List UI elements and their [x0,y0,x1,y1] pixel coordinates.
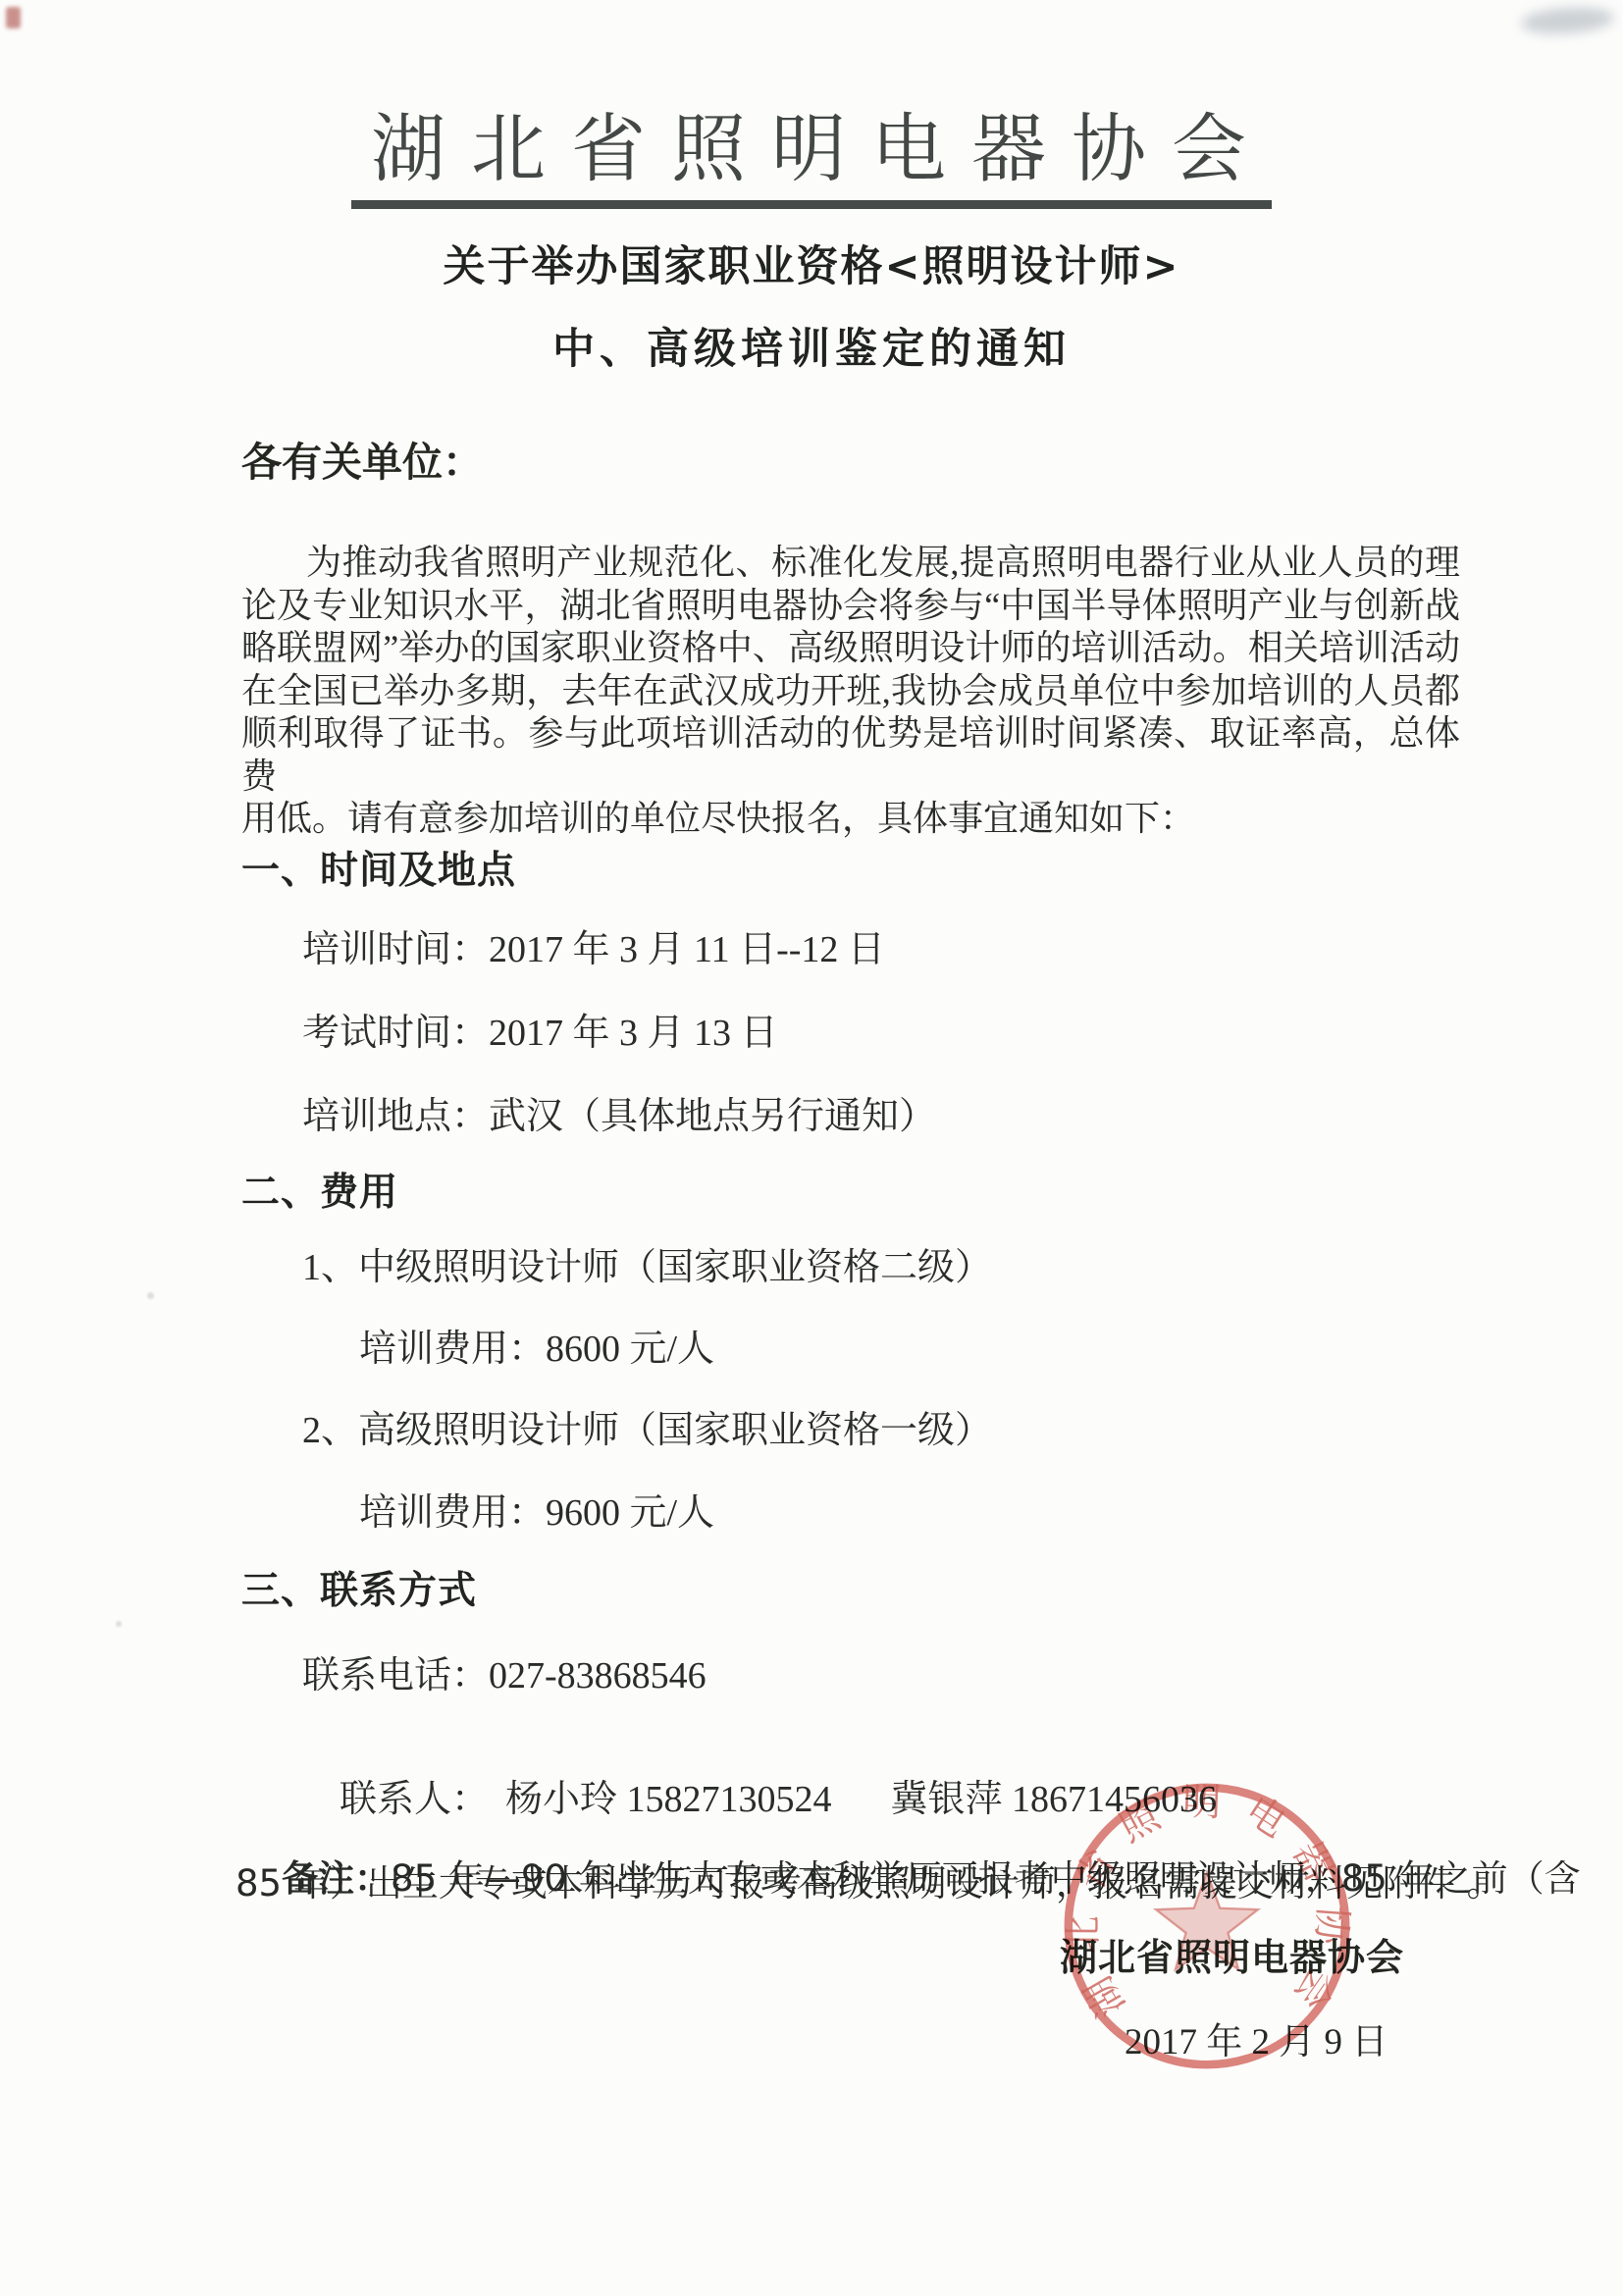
contact-phone: 联系电话：027-83868546 [302,1644,707,1698]
fee-senior: 培训费用：9600 元/人 [359,1482,714,1536]
intro-paragraph: 为推动我省照明产业规范化、标准化发展,提高照明电器行业从业人员的理 论及专业知识… [241,542,1460,841]
section3-heading: 三、联系方式 [241,1560,477,1615]
section2-heading: 二、费用 [241,1162,398,1217]
notice-subtitle-line1: 关于举办国家职业资格<照明设计师> [0,234,1623,293]
official-red-stamp: 湖北省照明电器协会 [1050,1769,1364,2083]
association-title: 湖北省照明电器协会 [351,104,1272,209]
paragraph-line: 为推动我省照明产业规范化、标准化发展,提高照明电器行业从业人员的理 [241,542,1460,585]
salutation: 各有关单位： [241,430,483,488]
fee-item-senior: 2、高级照明设计师（国家职业资格一级） [302,1399,992,1453]
notice-subtitle-line2: 中、高级培训鉴定的通知 [0,316,1623,376]
training-time: 培训时间：2017 年 3 月 11 日--12 日 [302,918,885,972]
paragraph-line: 论及专业知识水平，湖北省照明电器协会将参与“中国半导体照明产业与创新战 [241,585,1460,628]
paragraph-line: 在全国已举办多期，去年在武汉成功开班,我协会成员单位中参加培训的人员都 [241,670,1460,713]
fee-item-intermediate: 1、中级照明设计师（国家职业资格二级） [302,1236,992,1290]
paragraph-line: 略联盟网”举办的国家职业资格中、高级照明设计师的培训活动。相关培训活动 [241,627,1460,670]
stamp-star-icon [1156,1872,1258,1969]
paragraph-line: 用低。请有意参加培训的单位尽快报名，具体事宜通知如下： [241,798,1460,841]
paragraph-line: 顺利取得了证书。参与此项培训活动的优势是培训时间紧凑、取证率高，总体费 [241,712,1460,798]
exam-time: 考试时间：2017 年 3 月 13 日 [302,1002,778,1056]
scan-speck [116,1621,122,1627]
fee-intermediate: 培训费用：8600 元/人 [359,1318,714,1372]
scan-speck [147,1292,154,1299]
training-location: 培训地点：武汉（具体地点另行通知） [302,1085,936,1139]
scanned-notice-document: 湖北省照明电器协会 关于举办国家职业资格<照明设计师> 中、高级培训鉴定的通知 … [0,0,1623,2296]
section1-heading: 一、时间及地点 [241,840,516,895]
title-row: 湖北省照明电器协会 [0,104,1623,209]
scan-speck [6,7,21,28]
scan-smudge [1520,5,1615,37]
